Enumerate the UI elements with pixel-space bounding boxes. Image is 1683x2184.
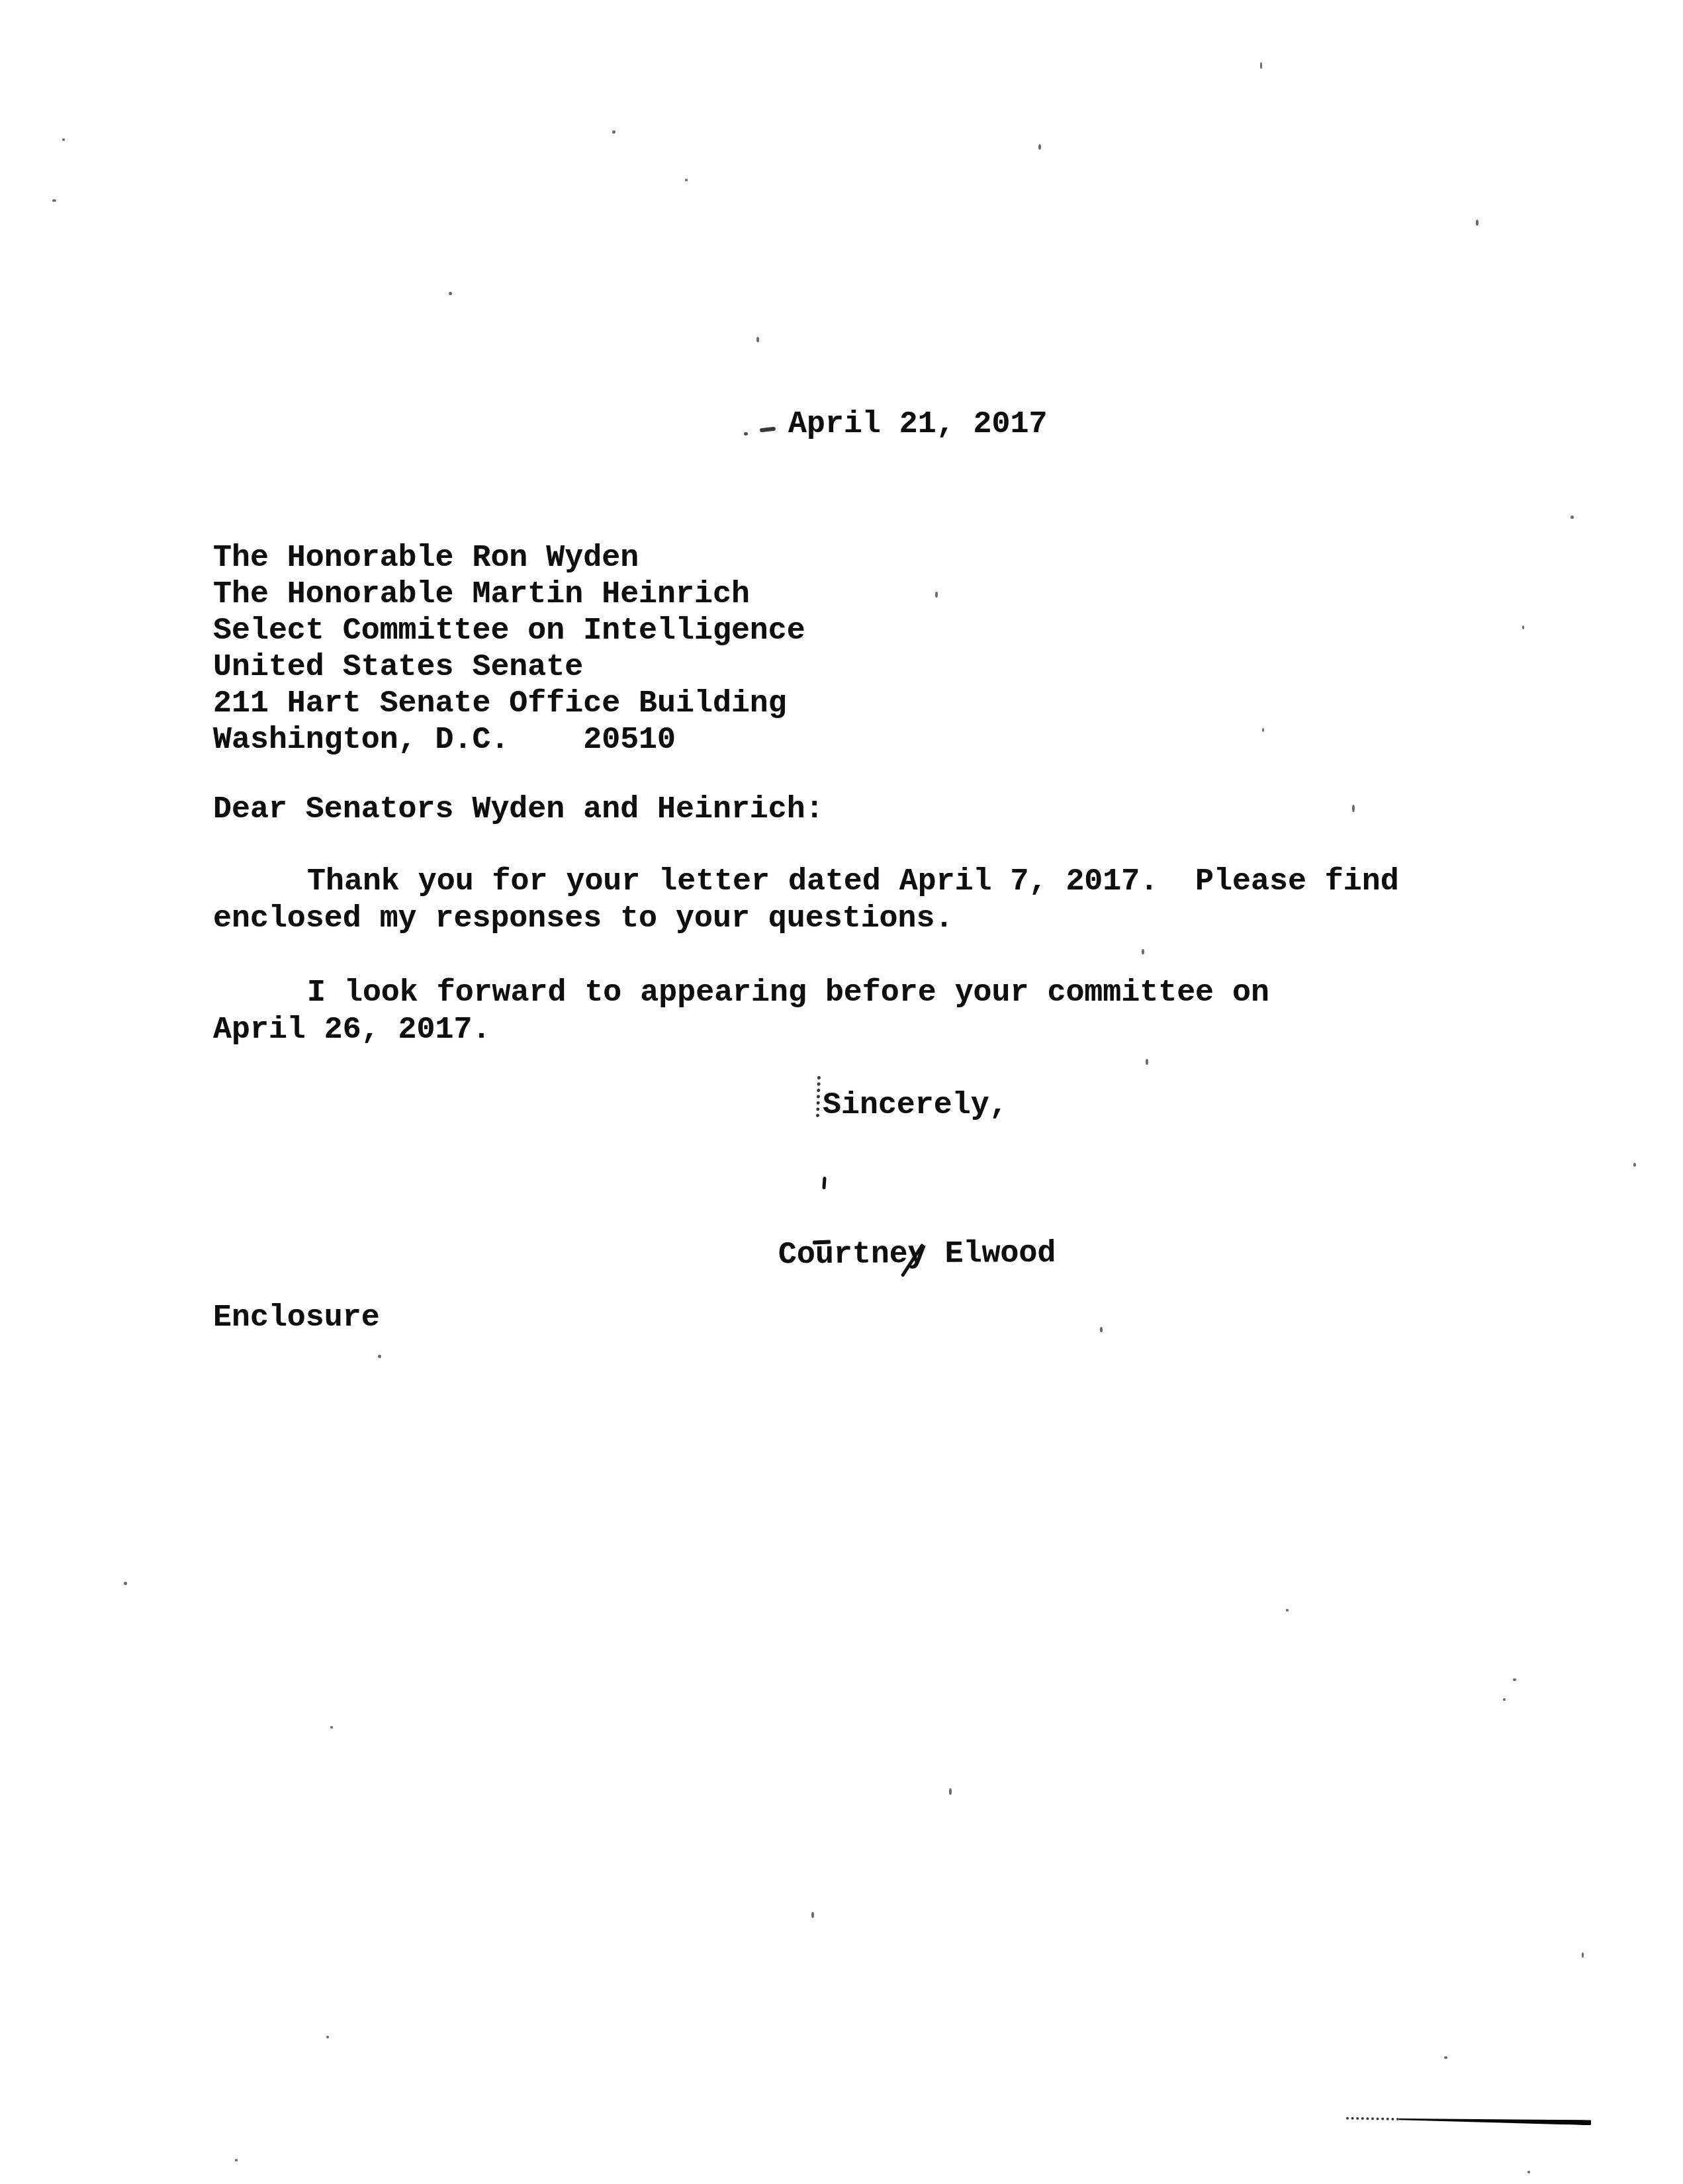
scan-speckle: [378, 1355, 381, 1358]
scan-overbar-signature: [813, 1240, 831, 1245]
recipient-address: The Honorable Ron Wyden The Honorable Ma…: [213, 539, 805, 758]
scan-speckle: [330, 1726, 333, 1729]
scan-speckle: [235, 2159, 238, 2161]
scan-speckle: [1527, 2171, 1530, 2173]
scan-speckle: [1582, 1952, 1584, 1958]
scan-speckle: [756, 337, 759, 342]
scan-dot-before-date: [744, 432, 748, 435]
scan-speckle: [1633, 1163, 1636, 1167]
scan-speckle: [1352, 805, 1355, 812]
scan-speckle: [1100, 1327, 1103, 1332]
scan-line-solid-segment: [1399, 2116, 1591, 2125]
scan-speckle: [1513, 1678, 1516, 1681]
scan-speckle: [1570, 516, 1574, 519]
letter-date: April 21, 2017: [788, 406, 1047, 442]
scan-speckle: [1262, 728, 1264, 732]
scan-speckle: [1476, 220, 1478, 226]
scan-speckle: [52, 199, 56, 202]
scan-speckle: [935, 592, 938, 598]
scan-speckle: [62, 138, 65, 141]
scanned-letter-page: April 21, 2017 The Honorable Ron Wyden T…: [0, 0, 1683, 2184]
scan-speckle: [1503, 1698, 1506, 1701]
scan-speckle: [949, 1788, 952, 1795]
scan-speckle: [1522, 625, 1524, 629]
scan-speckle: [449, 292, 452, 295]
scan-speckle: [685, 179, 688, 181]
closing-salutation: Sincerely,: [823, 1087, 1008, 1123]
scan-speckle: [1146, 1059, 1148, 1065]
salutation: Dear Senators Wyden and Heinrich:: [213, 791, 824, 827]
scan-line-dotted-segment: [1346, 2117, 1399, 2120]
scan-dotted-mark-closing: [816, 1076, 821, 1117]
scan-speckle: [811, 1912, 814, 1918]
scan-tick-signature-area: [822, 1177, 826, 1189]
scan-line-bottom-right: [1346, 2115, 1592, 2127]
scan-speckle: [1038, 144, 1041, 150]
body-paragraph-1: Thank you for your letter dated April 7,…: [213, 863, 1399, 937]
enclosure-note: Enclosure: [213, 1299, 380, 1336]
scan-mark-before-date: [760, 427, 776, 433]
scan-speckle: [1286, 1609, 1289, 1612]
scan-speckle: [612, 130, 615, 134]
scan-speckle: [1142, 949, 1144, 954]
scan-speckle: [1260, 62, 1262, 69]
body-paragraph-2: I look forward to appearing before your …: [213, 974, 1269, 1048]
scan-speckle: [1444, 2056, 1447, 2059]
scan-speckle: [124, 1582, 127, 1585]
scan-speckle: [326, 2036, 329, 2038]
